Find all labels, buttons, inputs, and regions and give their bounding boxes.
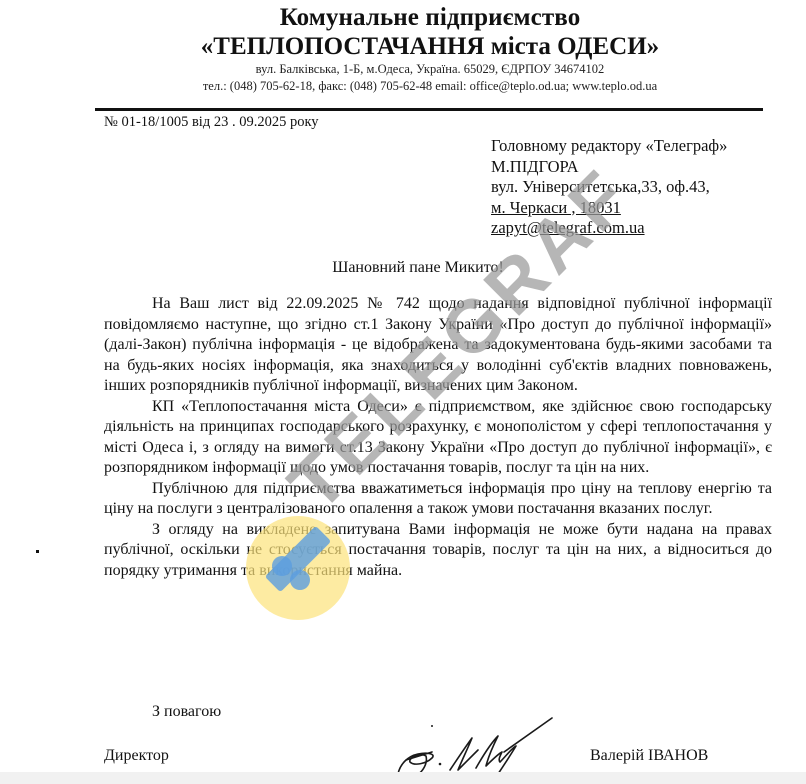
recipient-position: Головному редактору «Телеграф»: [491, 136, 727, 157]
outgoing-number: № 01-18/1005 від 23 . 09.2025 року: [104, 114, 319, 131]
recipient-street: вул. Університетська,33, оф.43,: [491, 177, 727, 198]
org-address: вул. Балківська, 1-Б, м.Одеса, Україна. …: [0, 62, 806, 77]
recipient-block: Головному редактору «Телеграф» М.ПІДГОРА…: [491, 136, 727, 239]
paragraph: З огляду на викладене запитувана Вами ін…: [104, 520, 772, 582]
signature-icon: [392, 714, 562, 776]
recipient-name: М.ПІДГОРА: [491, 157, 727, 178]
letter-page: Комунальне підприємство «ТЕПЛОПОСТАЧАННЯ…: [0, 0, 806, 772]
letterhead-divider: [95, 108, 763, 111]
paragraph: На Ваш лист від 22.09.2025 № 742 щодо на…: [104, 294, 772, 397]
recipient-email: zapyt@telegraf.com.ua: [491, 218, 727, 239]
viewer-bottom-strip: [0, 772, 806, 784]
letter-body: На Ваш лист від 22.09.2025 № 742 щодо на…: [104, 294, 772, 581]
org-contacts: тел.: (048) 705-62-18, факс: (048) 705-6…: [0, 79, 806, 94]
closing-regards: З повагою: [152, 703, 221, 721]
salutation: Шановний пане Микито!: [0, 259, 806, 277]
recipient-city: м. Черкаси , 18031: [491, 198, 727, 219]
signer-position: Директор: [104, 747, 169, 765]
org-name-line1: Комунальне підприємство: [0, 4, 806, 32]
scan-speck: [36, 550, 39, 553]
org-name-line2: «ТЕПЛОПОСТАЧАННЯ міста ОДЕСИ»: [0, 33, 806, 61]
paragraph: Публічною для підприємства вважатиметься…: [104, 479, 772, 520]
signer-name: Валерій ІВАНОВ: [590, 747, 708, 765]
paragraph: КП «Теплопостачання міста Одеси» є підпр…: [104, 397, 772, 479]
